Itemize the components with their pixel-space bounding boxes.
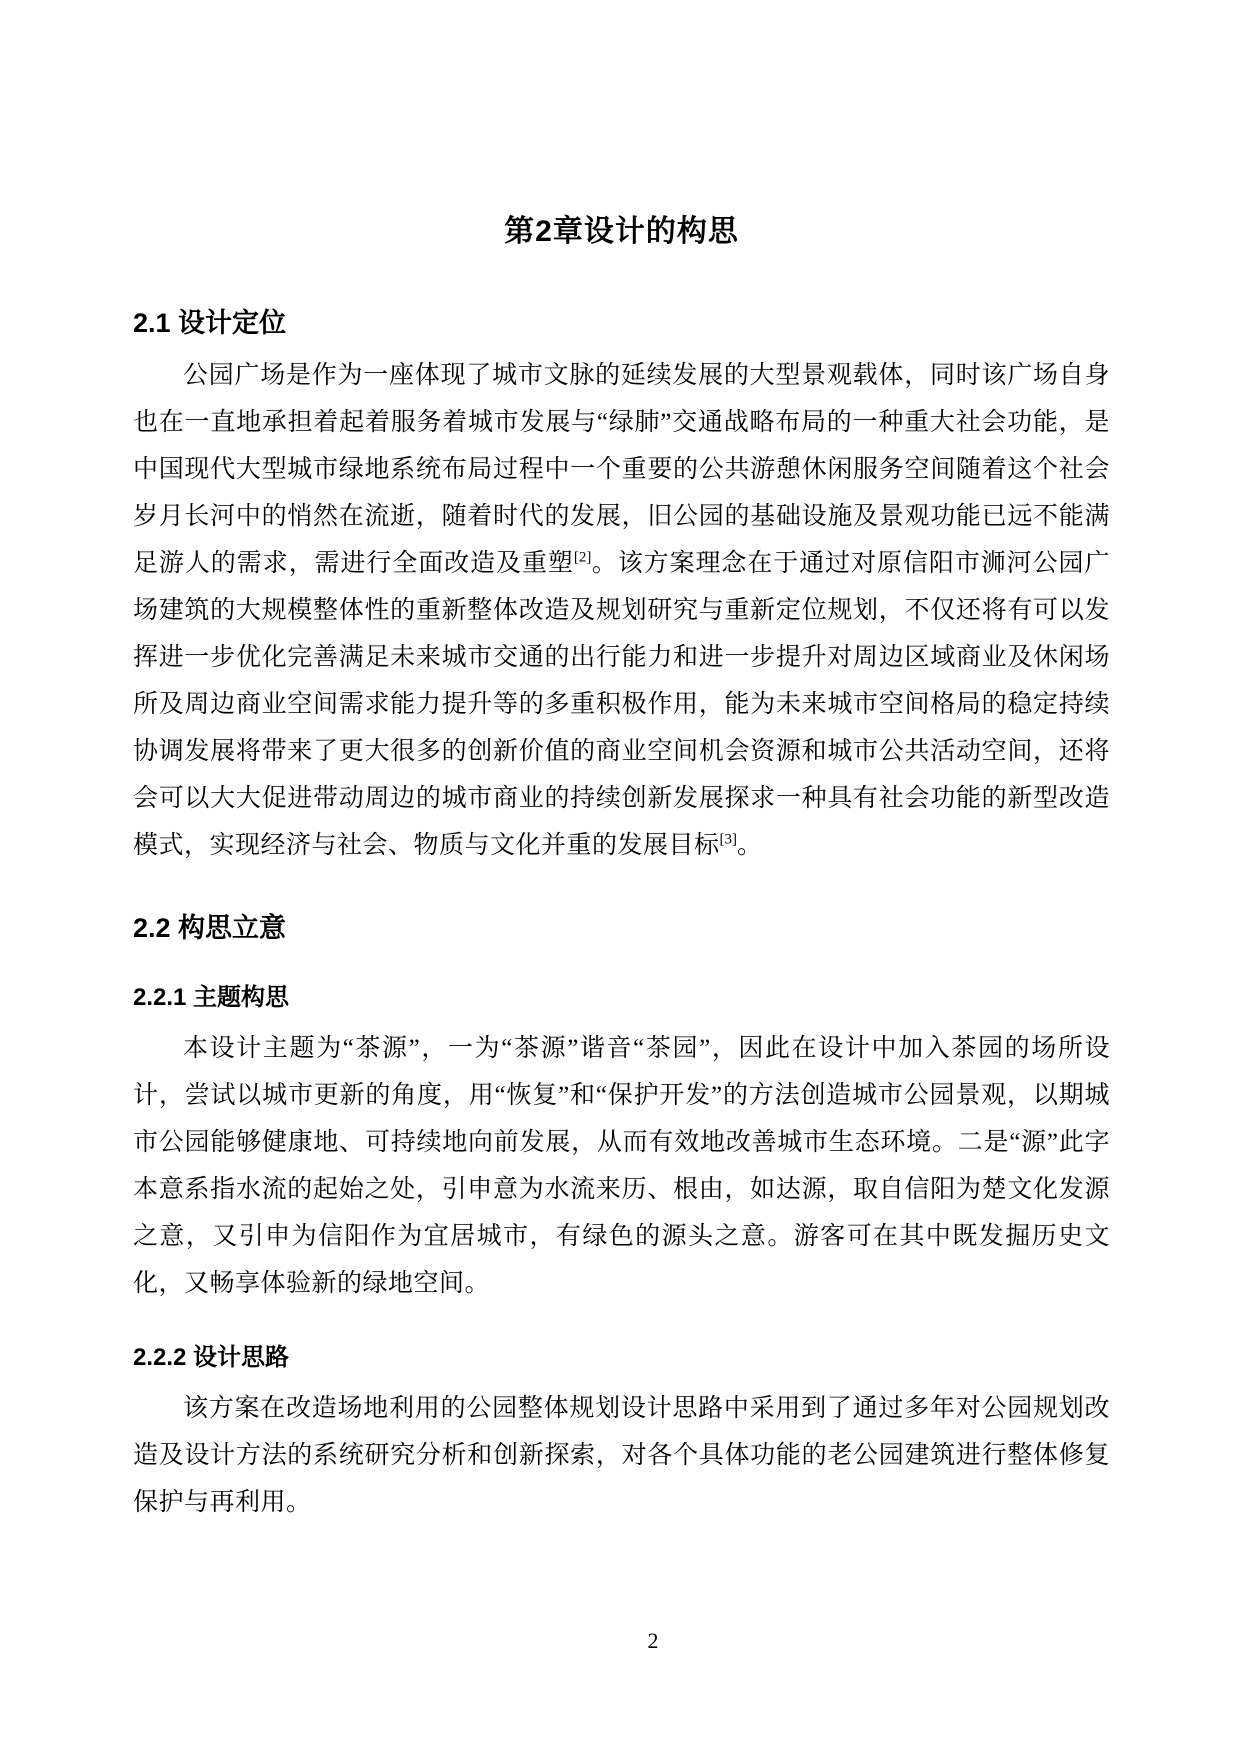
page-footer: 2 (33, 1628, 1240, 1654)
paragraph-2-1-text-c: 。 (737, 832, 763, 859)
section-heading-2-1: 2.1 设计定位 (133, 304, 1110, 342)
subsection-heading-2-2-2: 2.2.2 设计思路 (133, 1341, 1110, 1375)
footnote-ref-3: [3] (720, 832, 738, 848)
section-heading-2-2: 2.2 构思立意 (133, 909, 1110, 947)
subsection-heading-2-2-1: 2.2.1 主题构思 (133, 981, 1110, 1015)
paragraph-2-1-text-b: 。该方案理念在于通过对原信阳市浉河公园广场建筑的大规模整体性的重新整体改造及规划… (133, 550, 1110, 859)
page-number: 2 (648, 1628, 659, 1653)
paragraph-2-2-2: 该方案在改造场地利用的公园整体规划设计思路中采用到了通过多年对公园规划改造及设计… (133, 1385, 1110, 1526)
paragraph-2-1-text-a: 公园广场是作为一座体现了城市文脉的延续发展的大型景观载体，同时该广场自身也在一直… (133, 362, 1110, 577)
chapter-title: 第2章设计的构思 (133, 210, 1110, 254)
footnote-ref-2: [2] (574, 550, 592, 566)
paragraph-2-2-1: 本设计主题为“茶源”，一为“茶源”谐音“茶园”，因此在设计中加入茶园的场所设计，… (133, 1025, 1110, 1307)
paragraph-2-1: 公园广场是作为一座体现了城市文脉的延续发展的大型景观载体，同时该广场自身也在一直… (133, 352, 1110, 869)
document-page: 第2章设计的构思 2.1 设计定位 公园广场是作为一座体现了城市文脉的延续发展的… (0, 0, 1240, 1754)
